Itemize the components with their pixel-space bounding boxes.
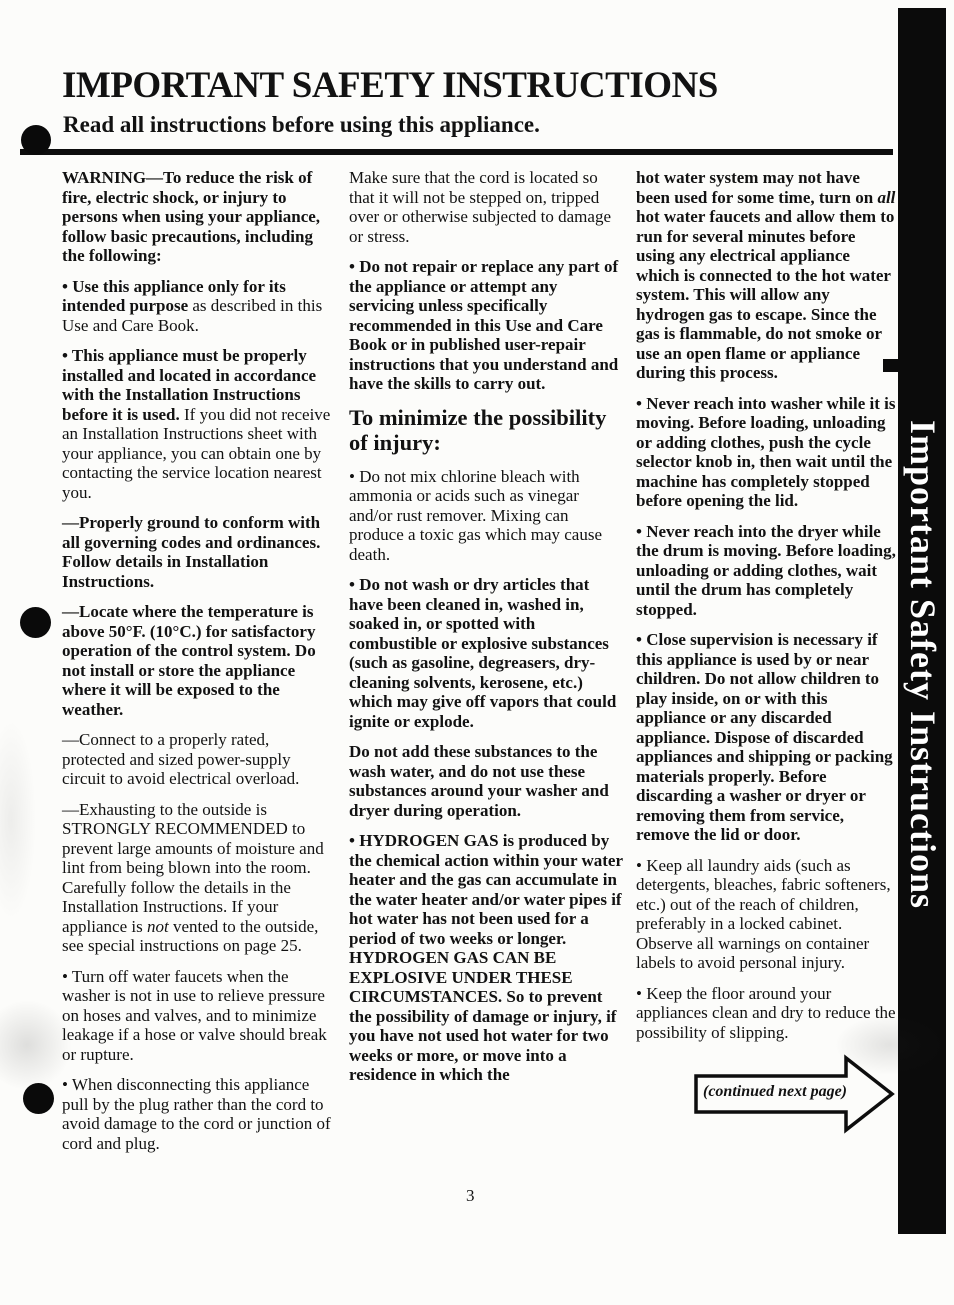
text-column-left: WARNING—To reduce the risk of fire, elec… (62, 168, 334, 1164)
header-rule (20, 149, 893, 155)
bullet-item: • Never reach into the dryer while the d… (636, 522, 896, 620)
page: { "header": { "title": "IMPORTANT SAFETY… (0, 0, 954, 1305)
page-subtitle: Read all instructions before using this … (63, 112, 540, 138)
bullet-item: • HYDROGEN GAS is produced by the chemic… (349, 831, 623, 1085)
paragraph: hot water system may not have been used … (636, 168, 896, 383)
bullet-item: • Close supervision is necessary if this… (636, 630, 896, 845)
bullet-item: • When disconnecting this appliance pull… (62, 1075, 334, 1153)
bullet-item: • Keep the floor around your appliances … (636, 984, 896, 1043)
scan-smudge (0, 720, 36, 920)
page-number: 3 (466, 1186, 475, 1206)
bullet-item: • This appliance must be properly instal… (62, 346, 334, 502)
bullet-item: • Keep all laundry aids (such as deterge… (636, 856, 896, 973)
binding-dot (21, 125, 51, 155)
page-title: IMPORTANT SAFETY INSTRUCTIONS (62, 64, 718, 107)
side-tab-label: Important Safety Instructions (899, 420, 946, 1060)
text-column-middle: Make sure that the cord is located so th… (349, 168, 623, 1096)
bullet-item: • Do not wash or dry articles that have … (349, 575, 623, 731)
binding-dot (23, 1083, 54, 1114)
paragraph: WARNING—To reduce the risk of fire, elec… (62, 168, 334, 266)
paragraph: —Connect to a properly rated, protected … (62, 730, 334, 789)
paragraph: Make sure that the cord is located so th… (349, 168, 623, 246)
bullet-item: • Never reach into washer while it is mo… (636, 394, 896, 511)
text-column-right: hot water system may not have been used … (636, 168, 896, 1053)
paragraph: —Properly ground to conform with all gov… (62, 513, 334, 591)
bullet-item: • Do not repair or replace any part of t… (349, 257, 623, 394)
bullet-item: • Use this appliance only for its intend… (62, 277, 334, 336)
binding-dot (20, 607, 51, 638)
registration-mark (883, 359, 899, 372)
paragraph: —Exhausting to the outside is STRONGLY R… (62, 800, 334, 956)
bullet-item: • Turn off water faucets when the washer… (62, 967, 334, 1065)
section-heading: To minimize the possibility of injury: (349, 405, 623, 455)
paragraph: Do not add these substances to the wash … (349, 742, 623, 820)
bullet-item: • Do not mix chlorine bleach with ammoni… (349, 467, 623, 565)
continued-arrow-label: (continued next page) (702, 1083, 848, 1101)
paragraph: —Locate where the temperature is above 5… (62, 602, 334, 719)
continued-arrow: (continued next page) (688, 1052, 900, 1136)
